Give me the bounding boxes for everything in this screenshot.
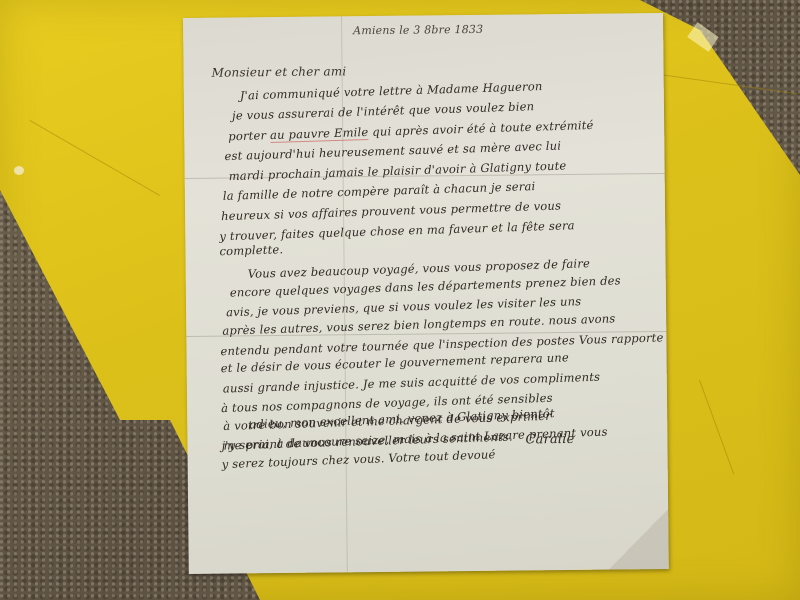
letter-dateline: Amiens le 3 8bre 1833 bbox=[353, 23, 483, 37]
red-underline: au pauvre Emile bbox=[270, 125, 369, 143]
letter-line: je vous assurerai de l'intérêt que vous … bbox=[232, 99, 535, 122]
letter-line: J'ai communiqué votre lettre à Madame Ha… bbox=[240, 79, 543, 103]
letter-line: la famille de notre compère paraît à cha… bbox=[223, 179, 536, 203]
letter-paper: Amiens le 3 8bre 1833 Monsieur et cher a… bbox=[183, 13, 669, 574]
glue-blob bbox=[14, 166, 24, 175]
letter-signature: Caralie bbox=[525, 432, 574, 448]
letter-salutation: Monsieur et cher ami bbox=[212, 64, 347, 79]
paper-corner-fold bbox=[608, 509, 669, 570]
letter-line: complette. bbox=[219, 242, 283, 258]
letter-line: y trouver, faites quelque chose en ma fa… bbox=[219, 218, 575, 243]
